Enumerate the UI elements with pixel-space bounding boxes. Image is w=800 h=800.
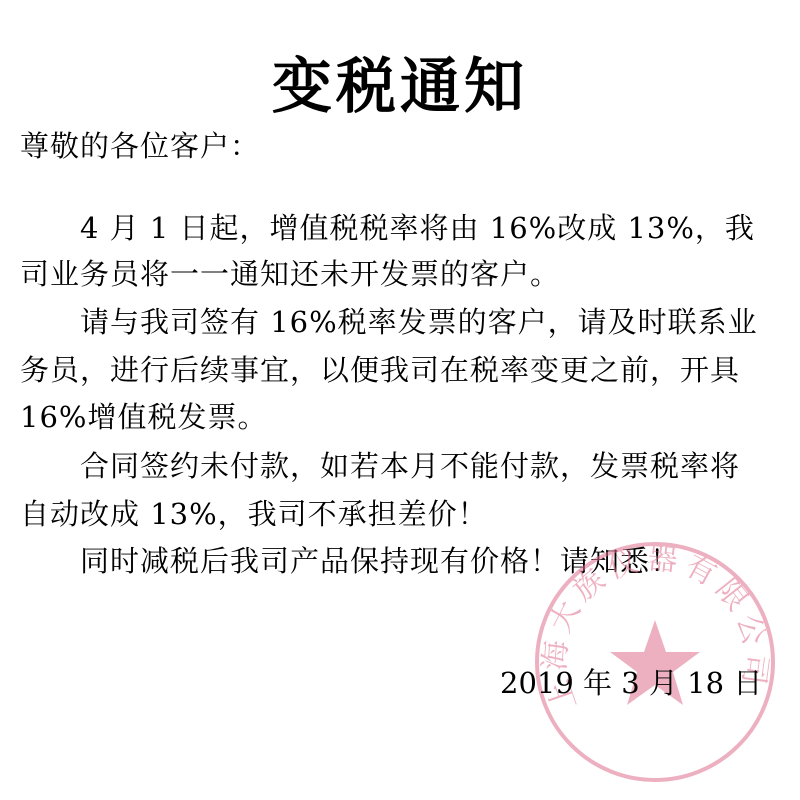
paragraph-2-line-2: 务员，进行后续事宜，以便我司在税率变更之前，开具 [20,352,740,388]
paragraph-1-line-2: 司业务员将一一通知还未开发票的客户。 [20,256,560,292]
document-date: 2019 年 3 月 18 日 [500,665,762,701]
paragraph-1-line-1: 4 月 1 日起，增值税税率将由 16%改成 13%，我 [80,210,755,246]
paragraph-2-line-1: 请与我司签有 16%税率发票的客户，请及时联系业 [80,304,758,340]
paragraph-2-line-3: 16%增值税发票。 [20,399,267,435]
greeting: 尊敬的各位客户： [20,128,260,164]
page-title: 变税通知 [0,52,800,122]
company-seal: 上海大族仪器有限公司 [533,540,778,785]
paragraph-3-line-2: 自动改成 13%，我司不承担差价！ [20,496,488,532]
paragraph-3-line-1: 合同签约未付款，如若本月不能付款，发票税率将 [80,448,740,484]
